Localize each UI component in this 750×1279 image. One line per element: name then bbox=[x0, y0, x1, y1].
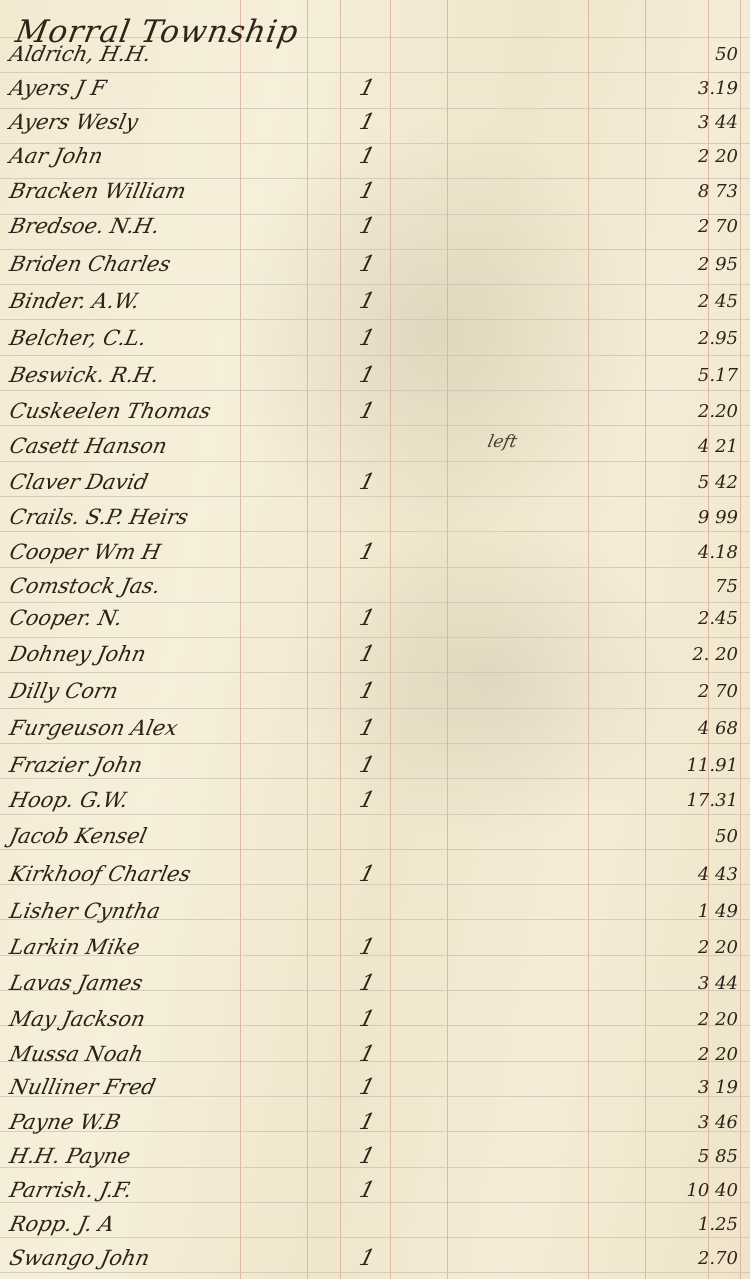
ledger-row: Dohney John 1 2. 20 bbox=[0, 640, 750, 674]
entry-tally: 1 bbox=[357, 326, 378, 351]
entry-name: Briden Charles bbox=[7, 252, 172, 276]
entry-tally: 1 bbox=[357, 252, 378, 277]
entry-amount: 2.45 bbox=[698, 608, 738, 629]
entry-tally: 1 bbox=[357, 399, 378, 424]
entry-amount: 2 45 bbox=[698, 291, 738, 312]
ledger-row: Cooper Wm H 1 4.18 bbox=[0, 538, 750, 572]
ledger-row: Dilly Corn 1 2 70 bbox=[0, 677, 750, 711]
entry-name: Belcher, C.L. bbox=[7, 326, 148, 350]
entry-tally: 1 bbox=[357, 540, 378, 565]
entry-name: Ayers Wesly bbox=[7, 110, 140, 134]
entry-name: Bracken William bbox=[7, 179, 188, 203]
entry-amount: 4.18 bbox=[698, 542, 738, 563]
entry-tally: 1 bbox=[357, 289, 378, 314]
entry-tally: 1 bbox=[357, 144, 378, 169]
entry-name: H.H. Payne bbox=[7, 1144, 132, 1168]
ledger-row: Ayers J F 1 3.19 bbox=[0, 74, 750, 108]
entry-amount: 2.70 bbox=[698, 1248, 738, 1269]
entry-name: May Jackson bbox=[7, 1007, 147, 1031]
entry-tally: 1 bbox=[357, 679, 378, 704]
entry-tally: 1 bbox=[357, 606, 378, 631]
entry-name: Aldrich, H.H. bbox=[7, 42, 153, 66]
entry-note: left bbox=[486, 432, 519, 452]
ledger-row: Claver David 1 5 42 bbox=[0, 468, 750, 502]
entry-tally: 1 bbox=[357, 1110, 378, 1135]
ledger-row: Binder. A.W. 1 2 45 bbox=[0, 287, 750, 321]
entry-name: Crails. S.P. Heirs bbox=[7, 505, 190, 529]
entry-name: Payne W.B bbox=[7, 1110, 122, 1134]
entry-amount: 3 46 bbox=[698, 1112, 738, 1133]
ledger-row: Payne W.B 1 3 46 bbox=[0, 1108, 750, 1142]
entry-name: Cuskeelen Thomas bbox=[7, 399, 213, 423]
entry-tally: 1 bbox=[357, 76, 378, 101]
entry-tally: 1 bbox=[357, 716, 378, 741]
entry-amount: 5 85 bbox=[698, 1146, 738, 1167]
entry-tally: 1 bbox=[357, 1075, 378, 1100]
entry-name: Kirkhoof Charles bbox=[7, 862, 193, 886]
entry-name: Dilly Corn bbox=[7, 679, 120, 703]
ledger-row: Parrish. J.F. 1 10 40 bbox=[0, 1176, 750, 1210]
entry-amount: 4 43 bbox=[698, 864, 738, 885]
entry-amount: 9 99 bbox=[698, 507, 738, 528]
entry-amount: 2 70 bbox=[698, 681, 738, 702]
ledger-row: Crails. S.P. Heirs 9 99 bbox=[0, 503, 750, 537]
entry-tally: 1 bbox=[357, 110, 378, 135]
entry-amount: 1.25 bbox=[698, 1214, 738, 1235]
entry-name: Beswick. R.H. bbox=[7, 363, 161, 387]
ledger-row: Beswick. R.H. 1 5.17 bbox=[0, 361, 750, 395]
entry-name: Furgeuson Alex bbox=[7, 716, 179, 740]
entry-tally: 1 bbox=[357, 971, 378, 996]
entry-amount: 2 95 bbox=[698, 254, 738, 275]
entry-amount: 5.17 bbox=[698, 365, 738, 386]
entry-name: Cooper Wm H bbox=[7, 540, 163, 564]
entry-name: Mussa Noah bbox=[7, 1042, 145, 1066]
ledger-row: H.H. Payne 1 5 85 bbox=[0, 1142, 750, 1176]
entry-tally: 1 bbox=[357, 1178, 378, 1203]
entry-name: Binder. A.W. bbox=[7, 289, 141, 313]
entry-amount: 2 70 bbox=[698, 216, 738, 237]
ledger-row: Lisher Cyntha 1 49 bbox=[0, 897, 750, 931]
ledger-row: Aar John 1 2 20 bbox=[0, 142, 750, 176]
ledger-page: Morral Township Aldrich, H.H. 50 Ayers J… bbox=[0, 0, 750, 1279]
entry-tally: 1 bbox=[357, 363, 378, 388]
ledger-row: Cooper. N. 1 2.45 bbox=[0, 604, 750, 638]
ledger-row: Cuskeelen Thomas 1 2.20 bbox=[0, 397, 750, 431]
entry-amount: 2 20 bbox=[698, 146, 738, 167]
entry-name: Aar John bbox=[7, 144, 105, 168]
ledger-row: Bredsoe. N.H. 1 2 70 bbox=[0, 212, 750, 246]
entry-amount: 8 73 bbox=[698, 181, 738, 202]
entry-name: Claver David bbox=[7, 470, 150, 494]
entry-tally: 1 bbox=[357, 214, 378, 239]
ledger-row: Ayers Wesly 1 3 44 bbox=[0, 108, 750, 142]
ledger-row: May Jackson 1 2 20 bbox=[0, 1005, 750, 1039]
entry-name: Casett Hanson bbox=[7, 434, 169, 458]
ledger-row: Comstock Jas. 75 bbox=[0, 572, 750, 606]
entry-name: Parrish. J.F. bbox=[7, 1178, 134, 1202]
ledger-row: Jacob Kensel 50 bbox=[0, 822, 750, 856]
ledger-row: Hoop. G.W. 1 17.31 bbox=[0, 786, 750, 820]
entry-amount: 11.91 bbox=[686, 755, 738, 776]
ledger-row: Aldrich, H.H. 50 bbox=[0, 40, 750, 74]
entry-name: Dohney John bbox=[7, 642, 148, 666]
entry-tally: 1 bbox=[357, 1144, 378, 1169]
entry-amount: 17.31 bbox=[686, 790, 738, 811]
ledger-row: Swango John 1 2.70 bbox=[0, 1244, 750, 1278]
entry-tally: 1 bbox=[357, 470, 378, 495]
entry-name: Hoop. G.W. bbox=[7, 788, 130, 812]
entry-name: Ayers J F bbox=[7, 76, 108, 100]
entry-name: Cooper. N. bbox=[7, 606, 124, 630]
entry-amount: 5 42 bbox=[698, 472, 738, 493]
entry-name: Nulliner Fred bbox=[7, 1075, 157, 1099]
entry-name: Larkin Mike bbox=[7, 935, 142, 959]
row-rule bbox=[0, 284, 750, 285]
entry-amount: 10 40 bbox=[686, 1180, 738, 1201]
ledger-row: Kirkhoof Charles 1 4 43 bbox=[0, 860, 750, 894]
entry-name: Swango John bbox=[7, 1246, 151, 1270]
entry-tally: 1 bbox=[357, 935, 378, 960]
entry-amount: 2 20 bbox=[698, 1044, 738, 1065]
entry-tally: 1 bbox=[357, 1042, 378, 1067]
entry-tally: 1 bbox=[357, 1246, 378, 1271]
entry-tally: 1 bbox=[357, 788, 378, 813]
entry-tally: 1 bbox=[357, 1007, 378, 1032]
entry-amount: 50 bbox=[715, 826, 738, 847]
ledger-row: Ropp. J. A 1.25 bbox=[0, 1210, 750, 1244]
entry-name: Frazier John bbox=[7, 753, 144, 777]
entry-amount: 3 44 bbox=[698, 112, 738, 133]
entry-amount: 75 bbox=[715, 576, 738, 597]
entry-name: Comstock Jas. bbox=[7, 574, 162, 598]
entry-tally: 1 bbox=[357, 753, 378, 778]
ledger-row: Belcher, C.L. 1 2.95 bbox=[0, 324, 750, 358]
entry-amount: 4 21 bbox=[698, 436, 738, 457]
ledger-row: Casett Hanson left 4 21 bbox=[0, 432, 750, 466]
ledger-row: Frazier John 1 11.91 bbox=[0, 751, 750, 785]
entry-tally: 1 bbox=[357, 642, 378, 667]
ledger-row: Furgeuson Alex 1 4 68 bbox=[0, 714, 750, 748]
entry-tally: 1 bbox=[357, 862, 378, 887]
entry-amount: 2.95 bbox=[698, 328, 738, 349]
entry-amount: 2.20 bbox=[698, 401, 738, 422]
ledger-row: Bracken William 1 8 73 bbox=[0, 177, 750, 211]
entry-name: Ropp. J. A bbox=[7, 1212, 116, 1236]
ledger-row: Lavas James 1 3 44 bbox=[0, 969, 750, 1003]
entry-amount: 50 bbox=[715, 44, 738, 65]
entry-amount: 3 19 bbox=[698, 1077, 738, 1098]
ledger-row: Nulliner Fred 1 3 19 bbox=[0, 1073, 750, 1107]
entry-amount: 3.19 bbox=[698, 78, 738, 99]
entry-tally: 1 bbox=[357, 179, 378, 204]
entry-name: Bredsoe. N.H. bbox=[7, 214, 161, 238]
entry-amount: 1 49 bbox=[698, 901, 738, 922]
entry-amount: 2 20 bbox=[698, 1009, 738, 1030]
entry-name: Lisher Cyntha bbox=[7, 899, 162, 923]
entry-amount: 3 44 bbox=[698, 973, 738, 994]
entry-name: Lavas James bbox=[7, 971, 144, 995]
entry-name: Jacob Kensel bbox=[7, 824, 149, 848]
ledger-row: Briden Charles 1 2 95 bbox=[0, 250, 750, 284]
ledger-row: Larkin Mike 1 2 20 bbox=[0, 933, 750, 967]
entry-amount: 2 20 bbox=[698, 937, 738, 958]
entry-amount: 4 68 bbox=[698, 718, 738, 739]
entry-amount: 2. 20 bbox=[692, 644, 738, 665]
ledger-row: Mussa Noah 1 2 20 bbox=[0, 1040, 750, 1074]
